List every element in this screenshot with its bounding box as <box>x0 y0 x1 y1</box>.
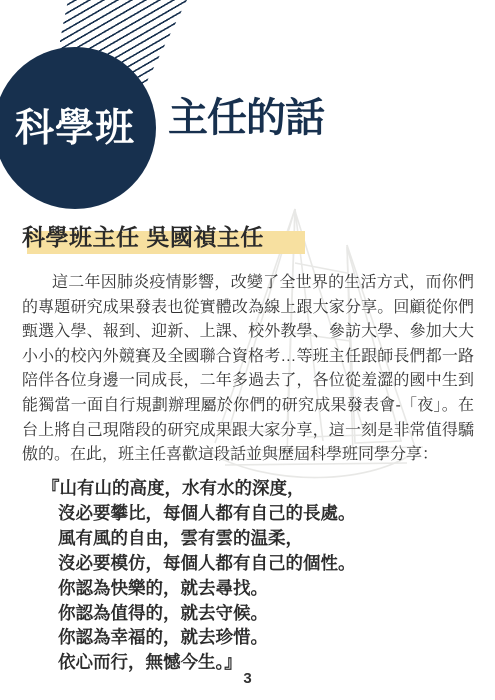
subtitle: 科學班主任 吳國禎主任 <box>22 219 264 252</box>
page: 科學班 主任的話 科學班主任 吳國禎主任 這二年因肺炎疫情影響，改變了全世界的生… <box>0 0 495 700</box>
body-paragraph: 這二年因肺炎疫情影響，改變了全世界的生活方式，而你們 的專題研究成果發表也從實體… <box>22 271 474 468</box>
page-title: 主任的話 <box>168 86 324 143</box>
poem-line: 風有風的自由，雲有雲的温柔， <box>58 526 356 551</box>
poem-line: 你認為快樂的，就去尋找。 <box>58 576 356 601</box>
body-line: 的專題研究成果發表也從實體改為線上跟大家分享。回顧從你們 <box>22 296 474 321</box>
science-class-badge: 科學班 <box>0 47 156 209</box>
body-line: 這二年因肺炎疫情影響，改變了全世界的生活方式，而你們 <box>22 271 474 296</box>
body-line: 傲的。在此，班主任喜歡這段話並與歷屆科學班同學分享： <box>22 443 474 468</box>
quoted-poem: 『山有山的高度，水有水的深度， 沒必要攀比，每個人都有自己的長處。 風有風的自由… <box>58 476 356 675</box>
body-line: 小小的校內外競賽及全國聯合資格考…等班主任跟師長們都一路 <box>22 345 474 370</box>
poem-line: 你認為幸福的，就去珍惜。 <box>58 625 356 650</box>
science-class-badge-label: 科學班 <box>15 97 135 153</box>
poem-line: 沒必要攀比，每個人都有自己的長處。 <box>58 501 356 526</box>
poem-line: 『山有山的高度，水有水的深度， <box>58 476 356 501</box>
body-line: 台上將自己現階段的研究成果跟大家分享，這一刻是非常值得驕 <box>22 419 474 444</box>
page-number: 3 <box>0 670 495 687</box>
poem-line: 沒必要模仿，每個人都有自己的個性。 <box>58 551 356 576</box>
poem-line: 你認為值得的，就去守候。 <box>58 601 356 626</box>
body-line: 能獨當一面自行規劃辦理屬於你們的研究成果發表會-「夜」。在 <box>22 394 474 419</box>
body-line: 陪伴各位身邊一同成長，二年多過去了，各位從羞澀的國中生到 <box>22 369 474 394</box>
body-line: 甄選入學、報到、迎新、上課、校外教學、參訪大學、參加大大 <box>22 320 474 345</box>
subtitle-text: 科學班主任 吳國禎主任 <box>22 219 264 252</box>
